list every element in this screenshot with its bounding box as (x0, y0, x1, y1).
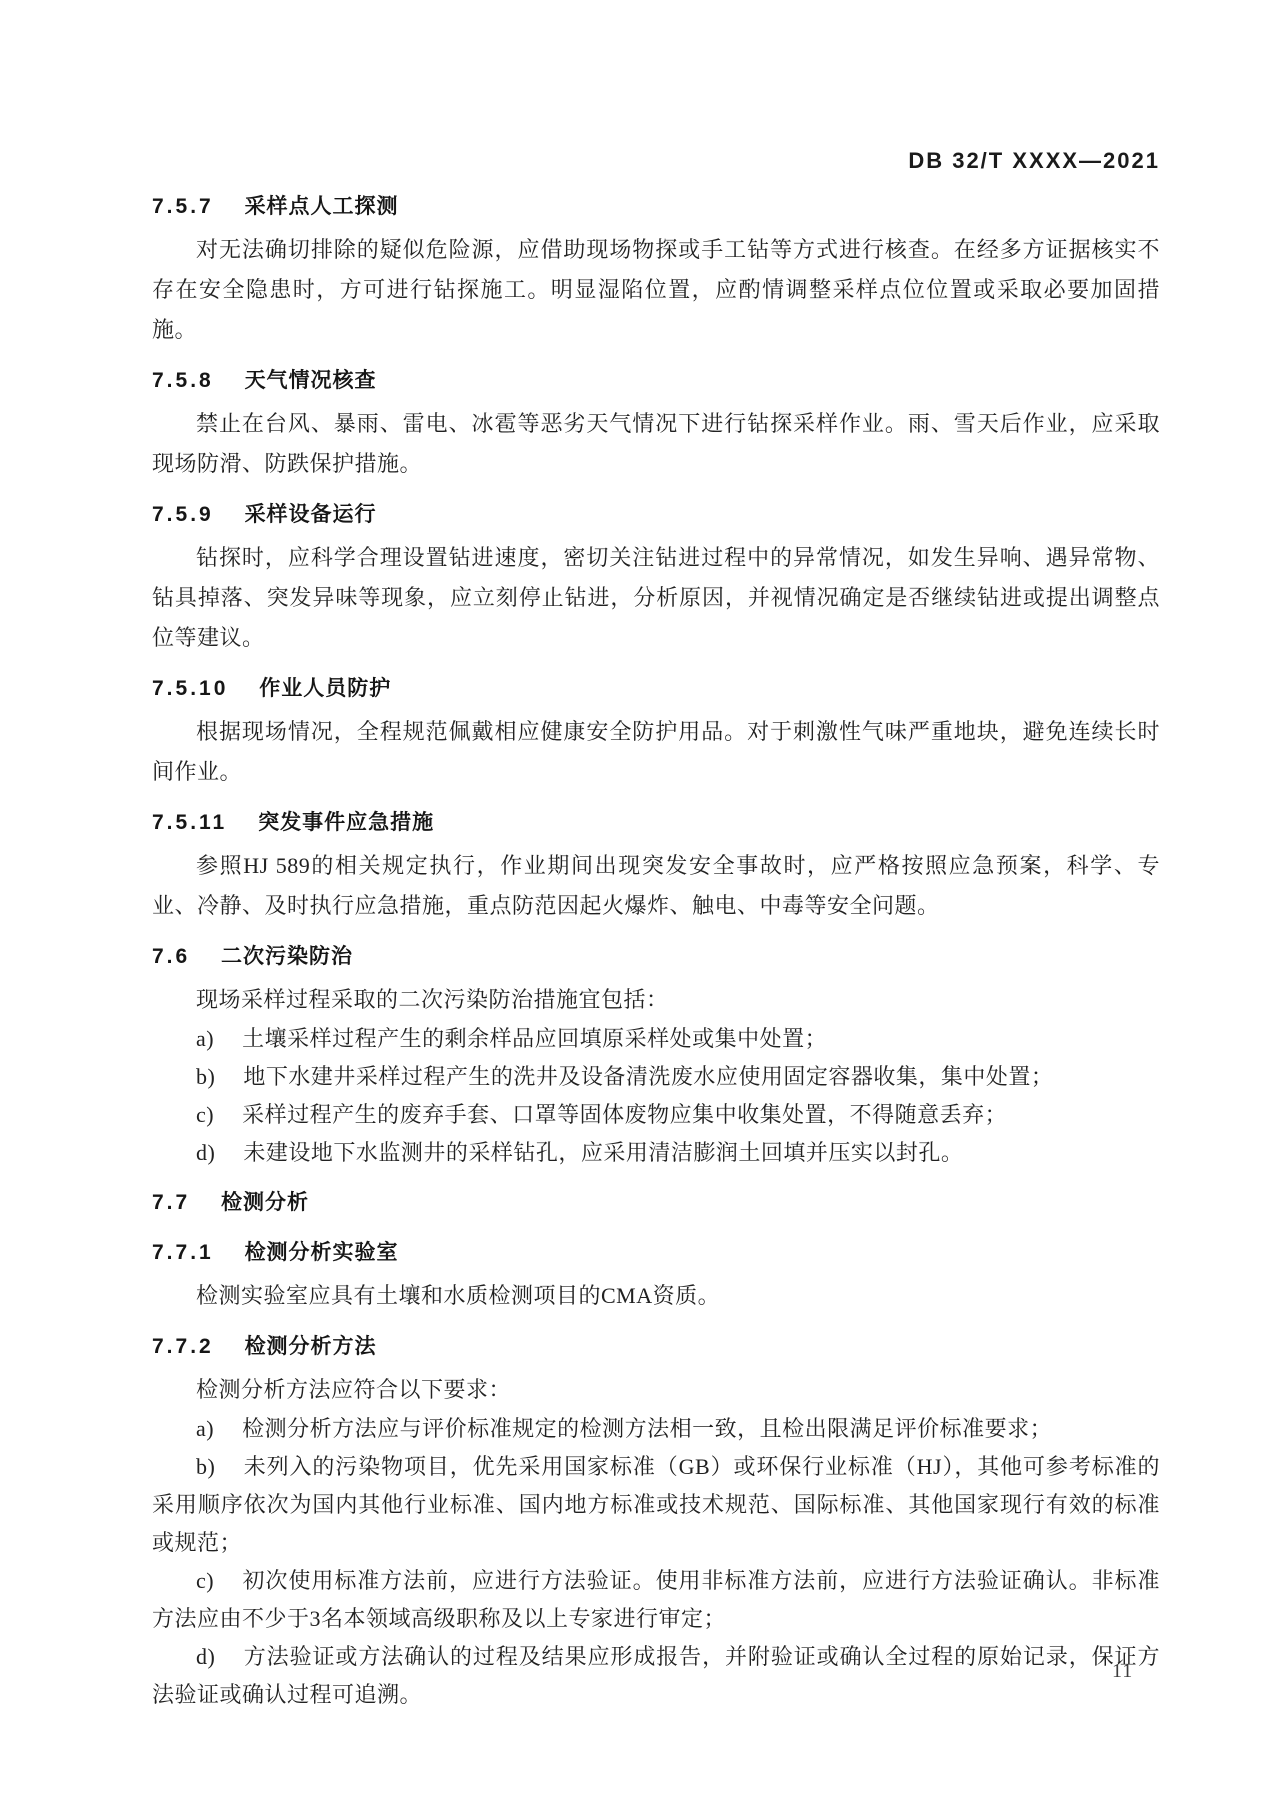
section-heading: 7.5.8 天气情况核查 (152, 362, 1160, 400)
section-7-7: 7.7 检测分析 (152, 1184, 1160, 1222)
list-item-text: 未建设地下水监测井的采样钻孔，应采用清洁膨润土回填并压实以封孔。 (243, 1140, 963, 1165)
section-7-5-8: 7.5.8 天气情况核查 禁止在台风、暴雨、雷电、冰雹等恶劣天气情况下进行钻探采… (152, 362, 1160, 484)
section-heading: 7.5.11 突发事件应急措施 (152, 804, 1160, 842)
list-item: a)土壤采样过程产生的剩余样品应回填原采样处或集中处置； (152, 1020, 1160, 1058)
section-7-7-2: 7.7.2 检测分析方法 检测分析方法应符合以下要求： a)检测分析方法应与评价… (152, 1328, 1160, 1714)
section-title: 采样点人工探测 (245, 195, 399, 218)
list-item: d)方法验证或方法确认的过程及结果应形成报告，并附验证或确认全过程的原始记录，保… (152, 1638, 1160, 1714)
section-7-5-9: 7.5.9 采样设备运行 钻探时，应科学合理设置钻进速度，密切关注钻进过程中的异… (152, 496, 1160, 658)
paragraph: 参照HJ 589的相关规定执行，作业期间出现突发安全事故时，应严格按照应急预案，… (152, 846, 1160, 926)
section-number: 7.5.9 (152, 503, 214, 526)
list-item-text: 土壤采样过程产生的剩余样品应回填原采样处或集中处置； (242, 1026, 827, 1051)
list-item: a)检测分析方法应与评价标准规定的检测方法相一致，且检出限满足评价标准要求； (152, 1410, 1160, 1448)
list-item: b)未列入的污染物项目，优先采用国家标准（GB）或环保行业标准（HJ），其他可参… (152, 1448, 1160, 1562)
list-item: b)地下水建井采样过程产生的洗井及设备清洗废水应使用固定容器收集，集中处置； (152, 1058, 1160, 1096)
paragraph: 检测实验室应具有土壤和水质检测项目的CMA资质。 (152, 1276, 1160, 1316)
paragraph: 检测分析方法应符合以下要求： (152, 1370, 1160, 1410)
section-number: 7.7 (152, 1191, 190, 1214)
paragraph: 根据现场情况，全程规范佩戴相应健康安全防护用品。对于刺激性气味严重地块，避免连续… (152, 712, 1160, 792)
section-heading: 7.5.9 采样设备运行 (152, 496, 1160, 534)
section-title: 天气情况核查 (245, 369, 377, 392)
section-heading: 7.7.1 检测分析实验室 (152, 1234, 1160, 1272)
section-heading: 7.7.2 检测分析方法 (152, 1328, 1160, 1366)
section-title: 突发事件应急措施 (258, 811, 434, 834)
list-item-label: d) (196, 1140, 215, 1165)
section-number: 7.5.7 (152, 195, 214, 218)
page-number: 11 (1112, 1660, 1133, 1683)
list-item-text: 初次使用标准方法前，应进行方法验证。使用非标准方法前，应进行方法验证确认。非标准… (152, 1568, 1160, 1631)
section-title: 检测分析 (221, 1191, 309, 1214)
list-item-text: 方法验证或方法确认的过程及结果应形成报告，并附验证或确认全过程的原始记录，保证方… (152, 1644, 1160, 1707)
standard-number-header: DB 32/T XXXX—2021 (152, 146, 1160, 176)
list-item-text: 未列入的污染物项目，优先采用国家标准（GB）或环保行业标准（HJ），其他可参考标… (152, 1454, 1160, 1555)
paragraph: 对无法确切排除的疑似危险源，应借助现场物探或手工钻等方式进行核查。在经多方证据核… (152, 230, 1160, 350)
section-heading: 7.5.7 采样点人工探测 (152, 188, 1160, 226)
list-item-label: a) (196, 1026, 214, 1051)
section-number: 7.5.10 (152, 677, 228, 700)
section-7-5-7: 7.5.7 采样点人工探测 对无法确切排除的疑似危险源，应借助现场物探或手工钻等… (152, 188, 1160, 350)
section-title: 检测分析方法 (245, 1335, 377, 1358)
list-item: d)未建设地下水监测井的采样钻孔，应采用清洁膨润土回填并压实以封孔。 (152, 1134, 1160, 1172)
list-item: c)初次使用标准方法前，应进行方法验证。使用非标准方法前，应进行方法验证确认。非… (152, 1562, 1160, 1638)
list-item-text: 地下水建井采样过程产生的洗井及设备清洗废水应使用固定容器收集，集中处置； (243, 1064, 1053, 1089)
list-item-label: a) (196, 1416, 214, 1441)
paragraph: 现场采样过程采取的二次污染防治措施宜包括： (152, 980, 1160, 1020)
section-heading: 7.5.10 作业人员防护 (152, 670, 1160, 708)
list-item-label: d) (196, 1644, 215, 1669)
section-number: 7.5.8 (152, 369, 214, 392)
section-heading: 7.6 二次污染防治 (152, 938, 1160, 976)
section-number: 7.6 (152, 945, 190, 968)
list-item-text: 检测分析方法应与评价标准规定的检测方法相一致，且检出限满足评价标准要求； (242, 1416, 1052, 1441)
section-title: 检测分析实验室 (245, 1241, 399, 1264)
list-item: c)采样过程产生的废弃手套、口罩等固体废物应集中收集处置，不得随意丢弃； (152, 1096, 1160, 1134)
section-7-7-1: 7.7.1 检测分析实验室 检测实验室应具有土壤和水质检测项目的CMA资质。 (152, 1234, 1160, 1316)
section-number: 7.5.11 (152, 811, 227, 834)
section-title: 采样设备运行 (245, 503, 377, 526)
section-7-5-11: 7.5.11 突发事件应急措施 参照HJ 589的相关规定执行，作业期间出现突发… (152, 804, 1160, 926)
document-page: DB 32/T XXXX—2021 7.5.7 采样点人工探测 对无法确切排除的… (0, 0, 1280, 1810)
list-item-label: b) (196, 1064, 215, 1089)
section-number: 7.7.1 (152, 1241, 214, 1264)
section-number: 7.7.2 (152, 1335, 214, 1358)
section-title: 二次污染防治 (221, 945, 353, 968)
list-item-label: c) (196, 1102, 214, 1127)
list-item-text: 采样过程产生的废弃手套、口罩等固体废物应集中收集处置，不得随意丢弃； (242, 1102, 1007, 1127)
list-item-label: b) (196, 1454, 215, 1479)
section-7-5-10: 7.5.10 作业人员防护 根据现场情况，全程规范佩戴相应健康安全防护用品。对于… (152, 670, 1160, 792)
paragraph: 禁止在台风、暴雨、雷电、冰雹等恶劣天气情况下进行钻探采样作业。雨、雪天后作业，应… (152, 404, 1160, 484)
section-title: 作业人员防护 (259, 677, 391, 700)
paragraph: 钻探时，应科学合理设置钻进速度，密切关注钻进过程中的异常情况，如发生异响、遇异常… (152, 538, 1160, 658)
list-item-label: c) (196, 1568, 214, 1593)
section-7-6: 7.6 二次污染防治 现场采样过程采取的二次污染防治措施宜包括： a)土壤采样过… (152, 938, 1160, 1172)
section-heading: 7.7 检测分析 (152, 1184, 1160, 1222)
page-content: DB 32/T XXXX—2021 7.5.7 采样点人工探测 对无法确切排除的… (152, 146, 1160, 1714)
